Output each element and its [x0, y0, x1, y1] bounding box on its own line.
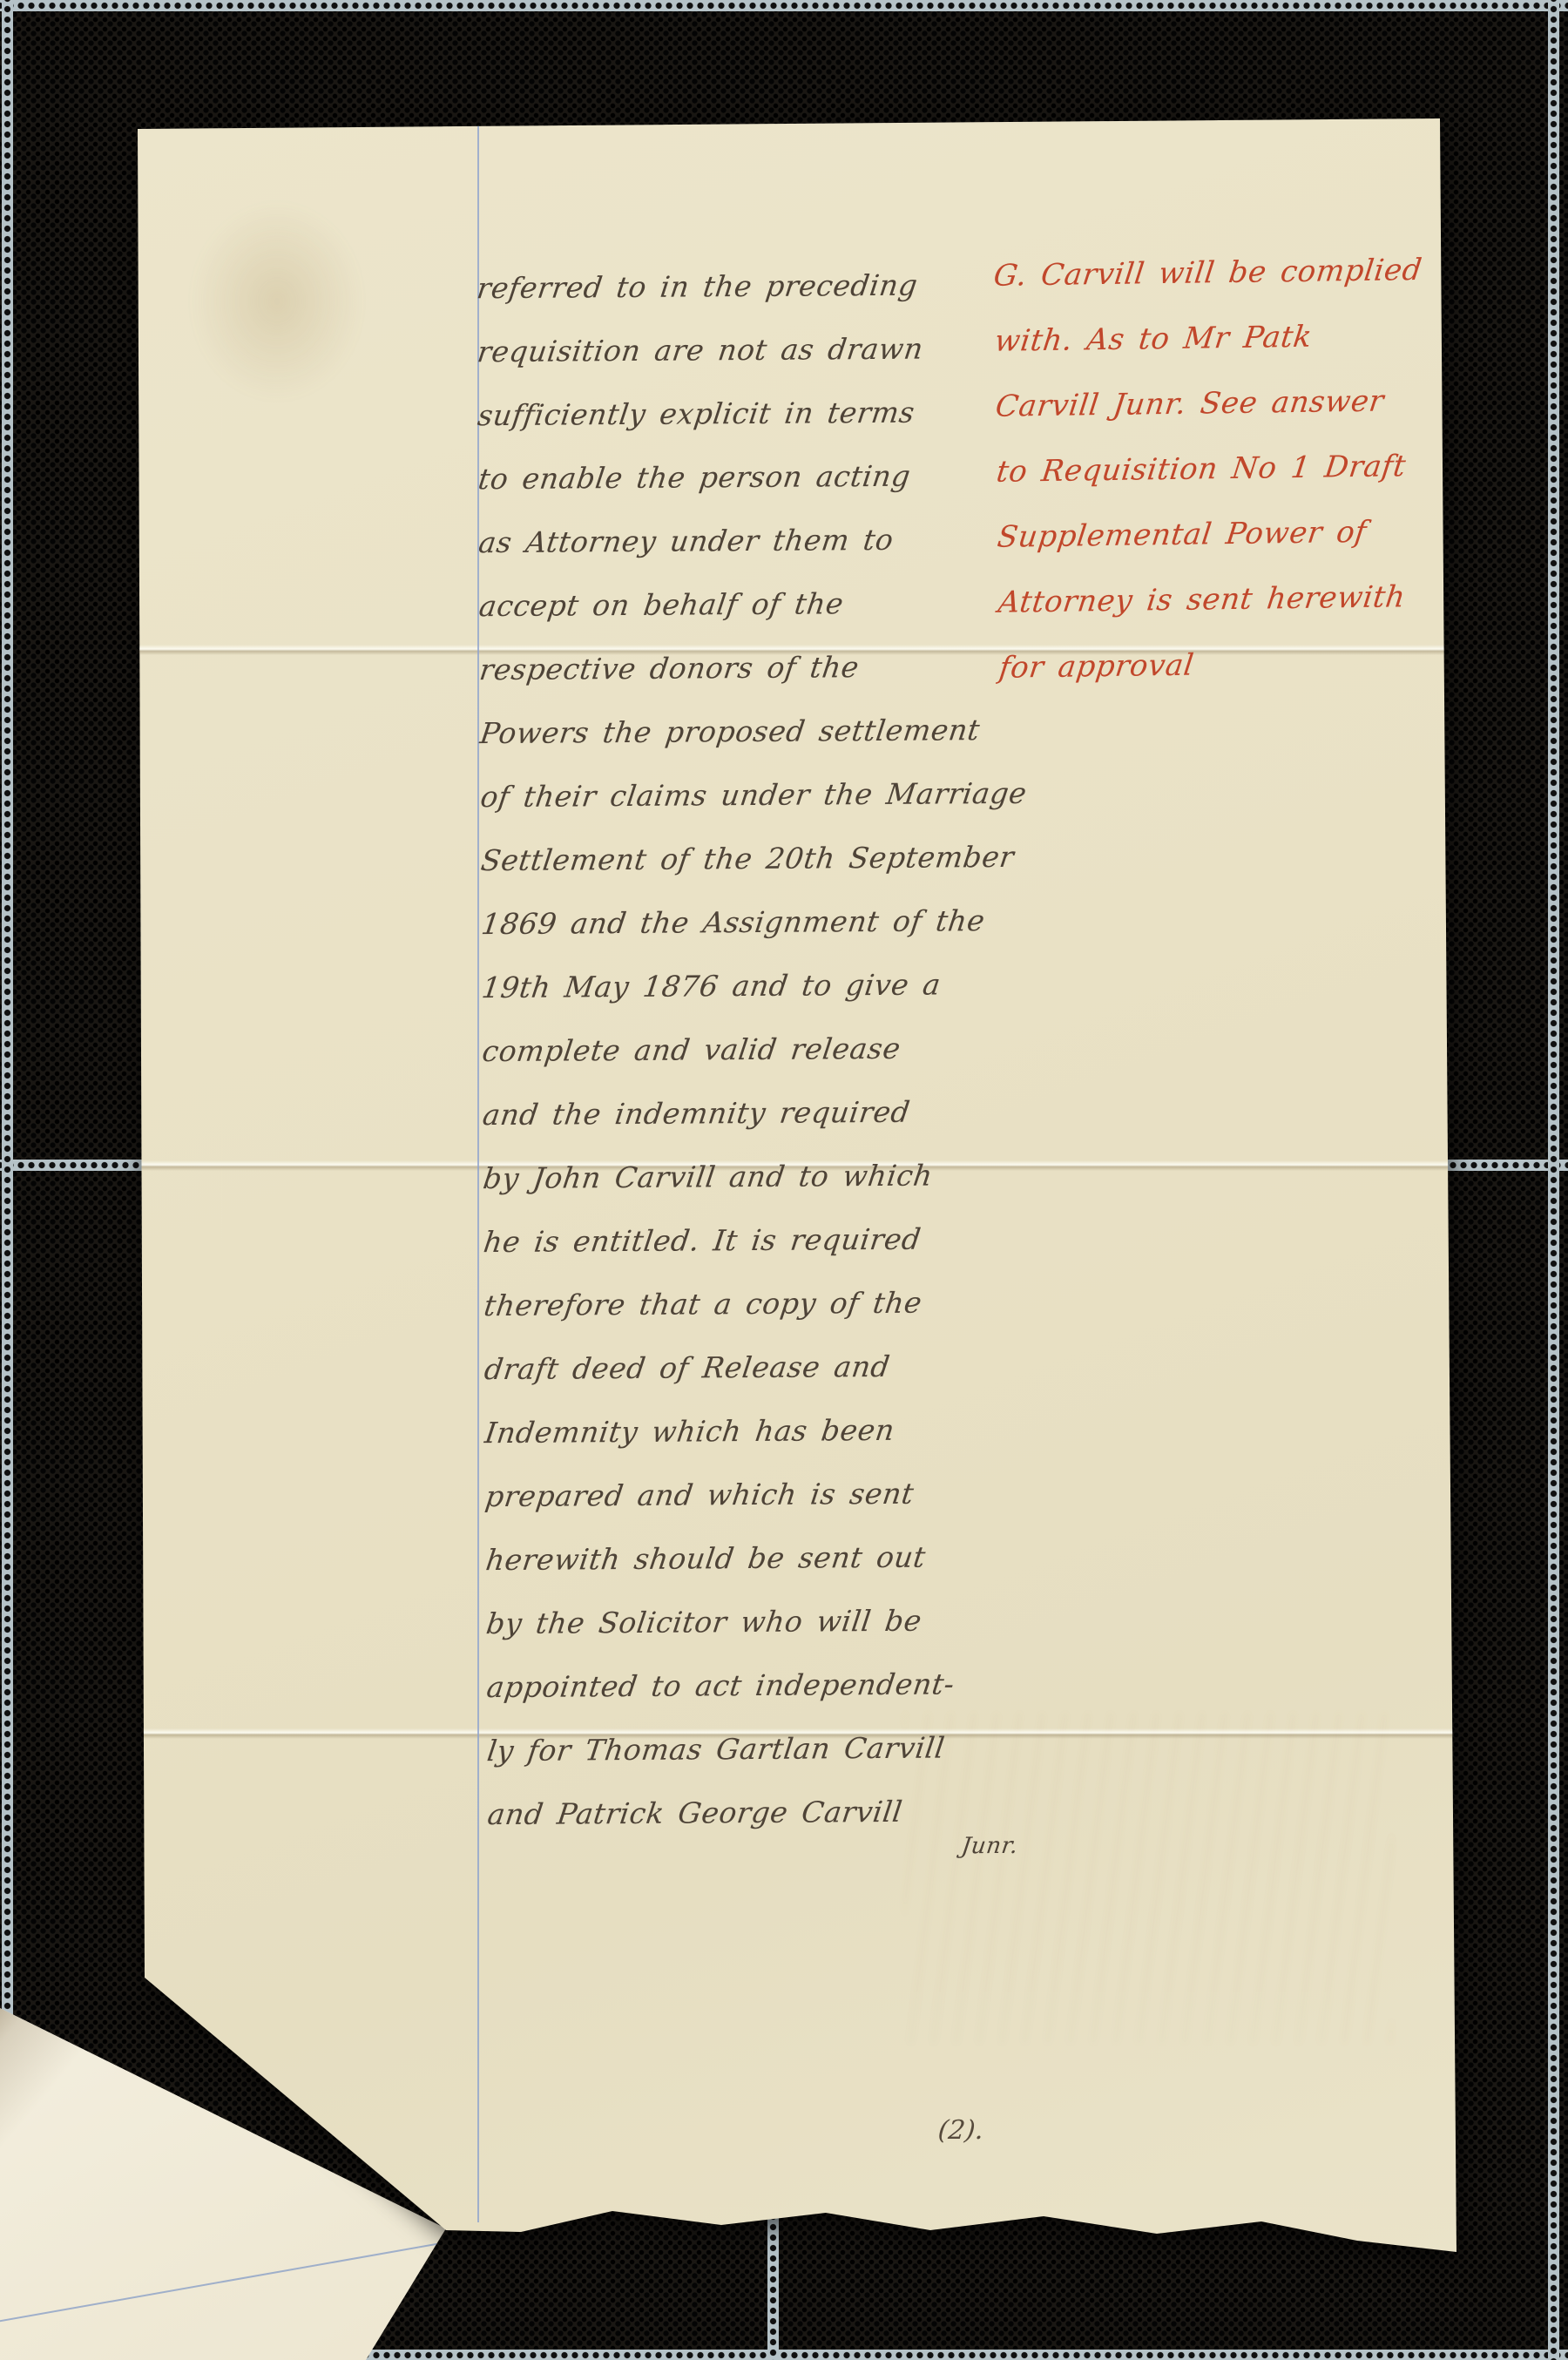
handwritten-line: and the indemnity required — [479, 1079, 1028, 1146]
handwritten-line: Powers the proposed settlement — [476, 698, 1024, 765]
page-number: (2). — [872, 2115, 1050, 2146]
handwritten-line: ly for Thomas Gartlan Carvill — [483, 1715, 1032, 1782]
mat-seam-left — [2, 0, 13, 2360]
handwritten-annotation-line: to Requisition No 1 Draft — [992, 433, 1470, 505]
handwritten-line: by the Solicitor who will be — [483, 1588, 1031, 1655]
handwritten-annotation-line: Attorney is sent herewith — [994, 564, 1472, 636]
handwritten-annotation-column: G. Carvill will be compliedwith. As to M… — [993, 237, 1470, 700]
handwritten-annotation-line: G. Carvill will be complied — [990, 237, 1468, 309]
handwritten-line: complete and valid release — [478, 1016, 1027, 1083]
handwritten-line: as Attorney under them to — [475, 507, 1024, 574]
handwritten-annotation-line: Carvill Junr. See answer — [991, 368, 1470, 440]
handwritten-line: Settlement of the 20th September — [476, 825, 1025, 892]
handwritten-line: 1869 and the Assignment of the — [477, 889, 1026, 956]
handwritten-line: appointed to act independent- — [483, 1652, 1031, 1719]
handwritten-line: draft deed of Release and — [481, 1334, 1030, 1401]
handwritten-line: sufficiently explicit in terms — [474, 380, 1023, 447]
handwritten-annotation-line: with. As to Mr Patk — [990, 302, 1469, 375]
handwritten-line: therefore that a copy of the — [480, 1270, 1029, 1337]
handwritten-line: of their claims under the Marriage — [476, 761, 1025, 828]
handwritten-line: he is entitled. It is required — [480, 1207, 1029, 1274]
handwritten-line: Indemnity which has been — [481, 1397, 1030, 1464]
handwritten-line: Junr. — [485, 1829, 1031, 1872]
manuscript-page: referred to in the precedingrequisition … — [138, 118, 1462, 2262]
mat-seam-right — [1548, 0, 1559, 2360]
handwritten-line: by John Carvill and to which — [479, 1143, 1028, 1210]
handwritten-body-column: referred to in the precedingrequisition … — [477, 253, 1029, 1872]
handwritten-line: respective donors of the — [476, 634, 1024, 701]
handwritten-line: referred to in the preceding — [473, 253, 1022, 320]
handwritten-annotation-line: for approval — [995, 629, 1473, 701]
handwritten-annotation-line: Supplemental Power of — [993, 498, 1471, 571]
ink-stain-ghost — [190, 201, 364, 402]
handwritten-line: accept on behalf of the — [475, 571, 1024, 638]
paper-surface: referred to in the precedingrequisition … — [138, 118, 1462, 2262]
mat-seam-top — [0, 0, 1568, 11]
handwritten-line: to enable the person acting — [474, 443, 1023, 511]
handwritten-line: prepared and which is sent — [482, 1461, 1031, 1528]
scan-stage: referred to in the precedingrequisition … — [0, 0, 1568, 2360]
handwritten-line: herewith should be sent out — [482, 1525, 1031, 1592]
handwritten-line: 19th May 1876 and to give a — [478, 952, 1027, 1019]
handwritten-line: requisition are not as drawn — [473, 316, 1022, 383]
